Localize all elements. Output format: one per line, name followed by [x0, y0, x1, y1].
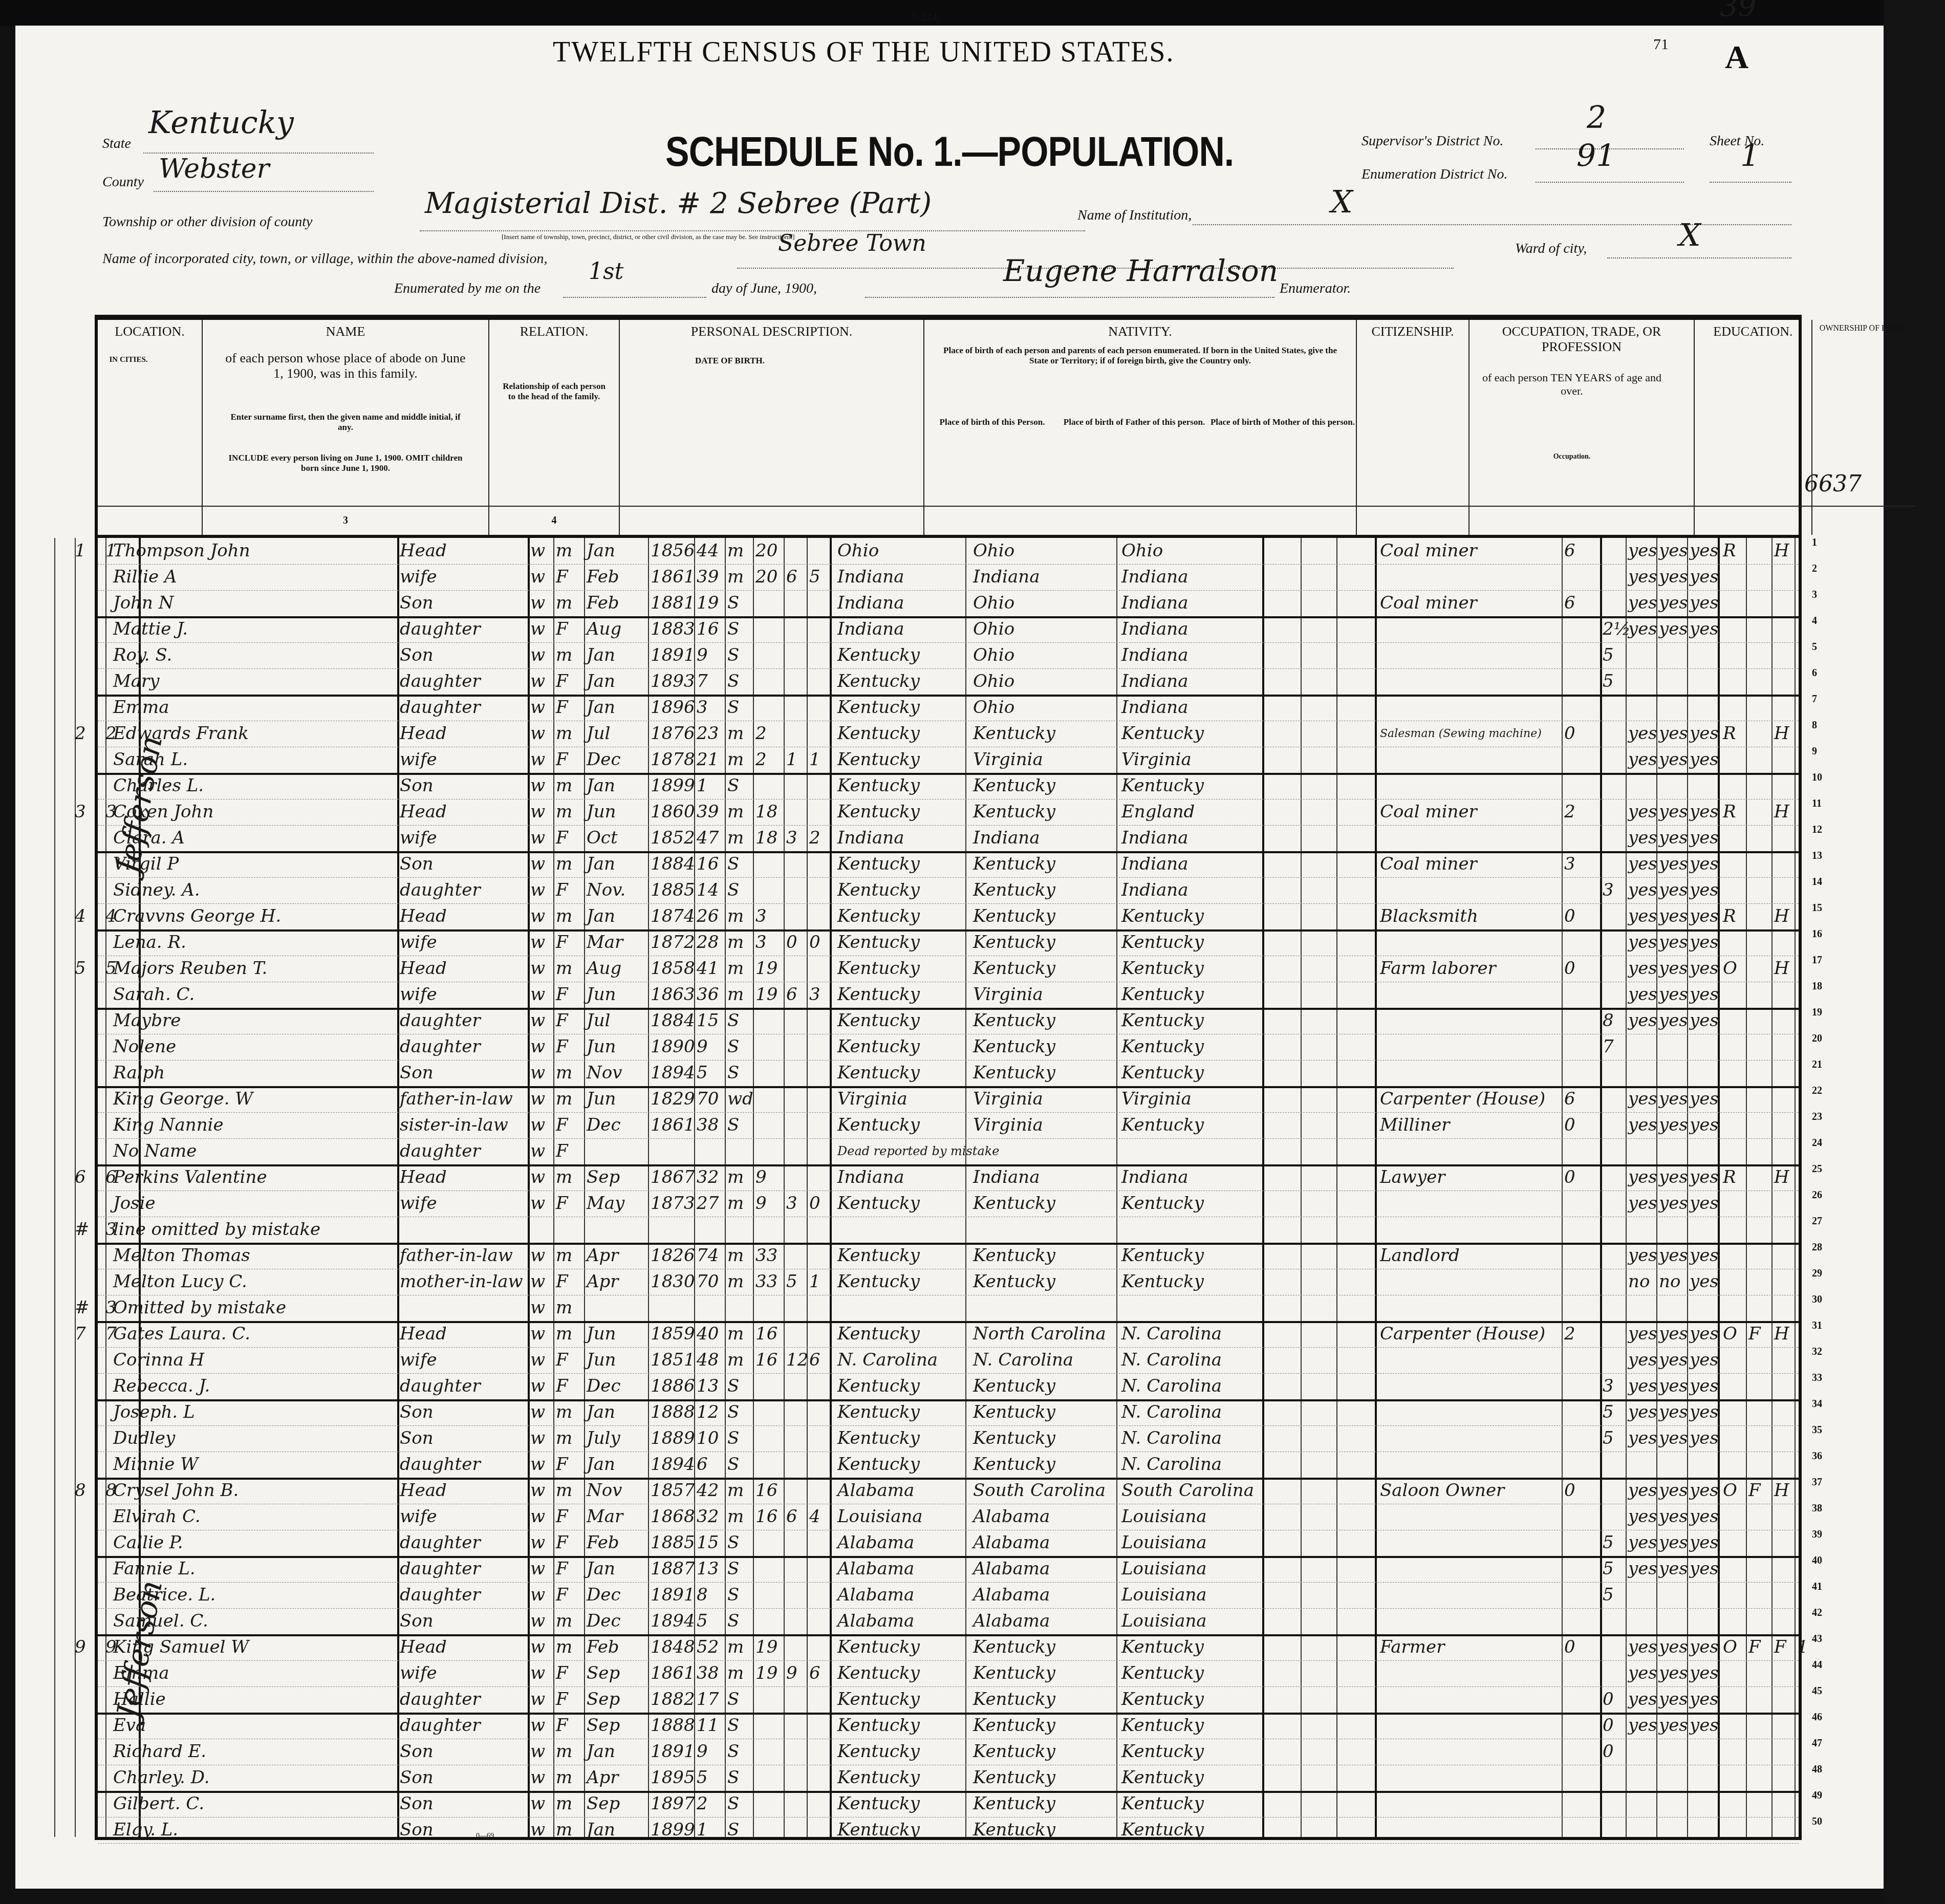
cell-mne: [1564, 1817, 1600, 1843]
cell-race: w: [530, 1713, 553, 1739]
cell-occ: [1380, 1425, 1564, 1452]
line-number: 9: [1812, 746, 1817, 758]
cell-ms: [727, 1138, 755, 1164]
cell-read: yes: [1628, 1321, 1659, 1347]
cell-bp: Kentucky: [837, 1817, 973, 1843]
cell-own: R: [1723, 721, 1748, 747]
cell-bpf: Indiana: [973, 825, 1121, 851]
cell-own: R: [1723, 903, 1748, 929]
cell-sch: [1603, 1504, 1628, 1530]
cell-read: yes: [1628, 564, 1659, 590]
cell-race: w: [530, 1034, 553, 1060]
line-number: 32: [1812, 1346, 1822, 1358]
cell-own: R: [1723, 799, 1748, 825]
cell-ms: [727, 1295, 755, 1321]
cell-ms: S: [727, 877, 755, 903]
cell-bp: Kentucky: [837, 1373, 973, 1399]
cell-occ: [1380, 1008, 1564, 1034]
cell-own: [1723, 695, 1748, 721]
cell-age: [697, 1217, 727, 1243]
cell-cl: [809, 1817, 830, 1843]
cell-bp: Indiana: [837, 616, 973, 642]
cell-mne: 2: [1564, 799, 1600, 825]
cell-mne: 2: [1564, 1321, 1600, 1347]
cell-cl: [809, 1008, 830, 1034]
cell-race: w: [530, 1295, 553, 1321]
cell-sex: F: [556, 1452, 584, 1478]
cell-sex: m: [556, 773, 584, 799]
cell-farm: [1774, 695, 1797, 721]
cell-bpm: [1121, 1295, 1260, 1321]
cell-cl: [809, 1582, 830, 1608]
cell-occ: [1380, 1504, 1564, 1530]
nativity-header: NATIVITY. Place of birth of each person …: [924, 320, 1357, 535]
cell-write: yes: [1659, 1660, 1690, 1686]
supervisor-district-label: Supervisor's District No.: [1361, 133, 1503, 149]
cell-cl: [809, 903, 830, 929]
cell-month: Sep: [587, 1686, 648, 1713]
cell-write: [1659, 1608, 1690, 1634]
line-number: 38: [1812, 1503, 1822, 1514]
cell-occ: [1380, 1347, 1564, 1373]
column-number-4: 4: [489, 506, 619, 535]
cell-age: 41: [697, 956, 727, 982]
cell-read: yes: [1628, 1086, 1659, 1112]
cell-ms: S: [727, 1112, 755, 1138]
cell-read: [1628, 1034, 1659, 1060]
cell-dw: [75, 1243, 105, 1269]
cell-occ: [1380, 1138, 1564, 1164]
cell-bpm: N. Carolina: [1121, 1399, 1260, 1425]
cell-mne: 6: [1564, 538, 1600, 564]
cell-ms: m: [727, 1347, 755, 1373]
cell-bp: Kentucky: [837, 721, 973, 747]
cell-bpm: Virginia: [1121, 1086, 1260, 1112]
line-number: 42: [1812, 1607, 1822, 1619]
cell-eng: [1690, 1791, 1718, 1817]
state-label: State: [102, 136, 131, 152]
cell-mc: 12: [786, 1347, 809, 1373]
cell-cl: [809, 956, 830, 982]
cell-age: 1: [697, 1817, 727, 1843]
cell-name: Crysel John B.: [113, 1478, 395, 1504]
cell-ym: [755, 1138, 786, 1164]
cell-read: yes: [1628, 538, 1659, 564]
cell-free: [1748, 1582, 1774, 1608]
township-value: Magisterial Dist. # 2 Sebree (Part): [425, 187, 932, 220]
cell-own: [1723, 1086, 1748, 1112]
cell-mc: [786, 1008, 809, 1034]
cell-eng: yes: [1690, 1243, 1718, 1269]
cell-eng: yes: [1690, 1686, 1718, 1713]
cell-occ: [1380, 929, 1564, 956]
enumerated-mid: day of June, 1900,: [711, 280, 817, 297]
cell-read: [1628, 1791, 1659, 1817]
cell-free: [1748, 668, 1774, 695]
cell-bpf: Kentucky: [973, 1660, 1121, 1686]
cell-year: [651, 1295, 694, 1321]
cell-dw: [75, 1530, 105, 1556]
cell-rel: Son: [400, 851, 525, 877]
cell-own: [1723, 1034, 1748, 1060]
table-row: Rillie AwifewFFeb186139m2065IndianaIndia…: [98, 564, 1799, 591]
cell-bpm: Kentucky: [1121, 1791, 1260, 1817]
cell-name: line omitted by mistake: [113, 1217, 395, 1243]
location-header: LOCATION. IN CITIES.: [98, 320, 203, 535]
cell-year: 1894: [651, 1452, 694, 1478]
cell-ms: m: [727, 1243, 755, 1269]
cell-dw: [75, 851, 105, 877]
cell-bp: Kentucky: [837, 747, 973, 773]
cell-write: yes: [1659, 1112, 1690, 1138]
cell-read: [1628, 1765, 1659, 1791]
cell-bpf: Alabama: [973, 1608, 1121, 1634]
cell-write: yes: [1659, 721, 1690, 747]
cell-year: 1873: [651, 1191, 694, 1217]
cell-year: 1872: [651, 929, 694, 956]
cell-month: Jan: [587, 1817, 648, 1843]
cell-write: yes: [1659, 1504, 1690, 1530]
cell-farm: [1774, 1060, 1797, 1086]
cell-cl: 3: [809, 982, 830, 1008]
cell-occ: [1380, 1373, 1564, 1399]
cell-own: [1723, 1739, 1748, 1765]
cell-dw: 2: [75, 721, 105, 747]
cell-ym: 33: [755, 1243, 786, 1269]
cell-eng: yes: [1690, 1321, 1718, 1347]
cell-farm: [1774, 1425, 1797, 1452]
cell-write: yes: [1659, 929, 1690, 956]
cell-age: 26: [697, 903, 727, 929]
cell-occ: Coal miner: [1380, 799, 1564, 825]
cell-ym: [755, 1295, 786, 1321]
cell-sex: F: [556, 1138, 584, 1164]
cell-free: [1748, 564, 1774, 590]
cell-cl: [809, 1138, 830, 1164]
cell-farm: [1774, 1713, 1797, 1739]
cell-year: 1885: [651, 1530, 694, 1556]
cell-sch: [1603, 1060, 1628, 1086]
cell-name: Melton Lucy C.: [113, 1269, 395, 1295]
enumerator-name: Eugene Harralson: [1003, 253, 1278, 288]
cell-bp: Ohio: [837, 538, 973, 564]
cell-ms: S: [727, 1791, 755, 1817]
cell-rel: Head: [400, 721, 525, 747]
cell-free: [1748, 1191, 1774, 1217]
cell-bpf: Kentucky: [973, 1269, 1121, 1295]
cell-month: Jun: [587, 1086, 648, 1112]
cell-bpf: Kentucky: [973, 1191, 1121, 1217]
cell-year: 1830: [651, 1269, 694, 1295]
cell-sex: F: [556, 1034, 584, 1060]
cell-mc: [786, 1791, 809, 1817]
cell-bp: Kentucky: [837, 1399, 973, 1425]
cell-dw: [75, 1112, 105, 1138]
cell-own: [1723, 1269, 1748, 1295]
cell-free: [1748, 1425, 1774, 1452]
line-number: 28: [1812, 1242, 1822, 1253]
cell-bpm: N. Carolina: [1121, 1321, 1260, 1347]
cell-race: w: [530, 982, 553, 1008]
citizenship-column-numbers: [1357, 506, 1468, 535]
cell-age: 15: [697, 1008, 727, 1034]
cell-mne: [1564, 1660, 1600, 1686]
cell-mc: [786, 1556, 809, 1582]
cell-name: Virgil P: [113, 851, 395, 877]
cell-occ: [1380, 1060, 1564, 1086]
cell-own: [1723, 616, 1748, 642]
cell-rel: wife: [400, 1347, 525, 1373]
table-row: DudleySonwmJuly188910SKentuckyKentuckyN.…: [98, 1425, 1799, 1452]
cell-mc: [786, 538, 809, 564]
cell-sex: m: [556, 903, 584, 929]
cell-mne: [1564, 1556, 1600, 1582]
cell-year: 1859: [651, 1321, 694, 1347]
cell-sch: [1603, 903, 1628, 929]
cell-age: 5: [697, 1608, 727, 1634]
cell-rel: daughter: [400, 668, 525, 695]
table-row: HalliedaughterwFSep188217SKentuckyKentuc…: [98, 1686, 1799, 1715]
table-row: Clara. AwifewFOct185247m1832IndianaIndia…: [98, 825, 1799, 853]
cell-farm: H: [1774, 903, 1797, 929]
cell-ym: 16: [755, 1478, 786, 1504]
cell-mc: 6: [786, 1504, 809, 1530]
cell-occ: [1380, 1582, 1564, 1608]
cell-ms: m: [727, 1478, 755, 1504]
cell-read: yes: [1628, 1556, 1659, 1582]
cell-name: Nolene: [113, 1034, 395, 1060]
cell-sex: F: [556, 1686, 584, 1713]
cell-eng: yes: [1690, 956, 1718, 982]
cell-own: [1723, 1686, 1748, 1713]
cell-rel: Son: [400, 773, 525, 799]
cell-race: w: [530, 877, 553, 903]
enumeration-district-label: Enumeration District No.: [1361, 166, 1507, 183]
cell-farm: H: [1774, 1478, 1797, 1504]
cell-year: 1889: [651, 1425, 694, 1452]
cell-mc: [786, 903, 809, 929]
occupation-header: OCCUPATION, TRADE, OR PROFESSION of each…: [1469, 320, 1695, 535]
cell-month: Nov: [587, 1060, 648, 1086]
cell-dw: [75, 1817, 105, 1843]
cell-year: 1890: [651, 1034, 694, 1060]
cell-read: yes: [1628, 903, 1659, 929]
cell-name: Charley. D.: [113, 1765, 395, 1791]
cell-sex: F: [556, 1504, 584, 1530]
cell-sex: F: [556, 1191, 584, 1217]
cell-age: 9: [697, 1034, 727, 1060]
cell-write: yes: [1659, 877, 1690, 903]
line-number: 7: [1812, 694, 1817, 705]
cell-name: No Name: [113, 1138, 395, 1164]
cell-sch: [1603, 1634, 1628, 1660]
cell-own: [1723, 825, 1748, 851]
cell-occ: [1380, 1269, 1564, 1295]
cell-farm: [1774, 1112, 1797, 1138]
cell-ym: 3: [755, 903, 786, 929]
cell-own: [1723, 747, 1748, 773]
cell-rel: father-in-law: [400, 1243, 525, 1269]
cell-write: [1659, 1217, 1690, 1243]
cell-eng: [1690, 1582, 1718, 1608]
cell-year: 1861: [651, 564, 694, 590]
cell-farm: [1774, 1295, 1797, 1321]
cell-rel: Son: [400, 1791, 525, 1817]
cell-free: [1748, 1504, 1774, 1530]
cell-occ: [1380, 1765, 1564, 1791]
cell-farm: H: [1774, 721, 1797, 747]
cell-month: Mar: [587, 1504, 648, 1530]
cell-month: Jun: [587, 982, 648, 1008]
cell-bpm: Louisiana: [1121, 1608, 1260, 1634]
cell-sex: m: [556, 538, 584, 564]
cell-cl: [809, 721, 830, 747]
cell-cl: [809, 1373, 830, 1399]
cell-dw: [75, 564, 105, 590]
cell-cl: [809, 1556, 830, 1582]
cell-bp: Kentucky: [837, 1008, 973, 1034]
cell-year: 1886: [651, 1373, 694, 1399]
cell-sex: m: [556, 1478, 584, 1504]
cell-ms: m: [727, 564, 755, 590]
cell-ms: S: [727, 1399, 755, 1425]
cell-mne: 0: [1564, 1164, 1600, 1191]
cell-read: yes: [1628, 1164, 1659, 1191]
cell-ym: [755, 1112, 786, 1138]
cell-sch: 5: [1603, 1425, 1628, 1452]
cell-mne: [1564, 1739, 1600, 1765]
cell-bpf: Kentucky: [973, 773, 1121, 799]
cell-cl: 1: [809, 747, 830, 773]
cell-sch: 2½: [1603, 616, 1628, 642]
cell-ms: S: [727, 1556, 755, 1582]
cell-free: [1748, 1739, 1774, 1765]
cell-eng: [1690, 1060, 1718, 1086]
cell-bpf: Virginia: [973, 1086, 1121, 1112]
cell-bp: Kentucky: [837, 1686, 973, 1713]
cell-bp: Kentucky: [837, 1112, 973, 1138]
cell-race: w: [530, 590, 553, 616]
cell-bpf: Kentucky: [973, 721, 1121, 747]
birthplace-father-label: Place of birth of Father of this person.: [1060, 417, 1208, 427]
cell-occ: [1380, 1791, 1564, 1817]
cell-sex: m: [556, 1739, 584, 1765]
cell-mne: [1564, 564, 1600, 590]
cell-month: [587, 1138, 648, 1164]
cell-farm: [1774, 1243, 1797, 1269]
cell-sch: [1603, 1086, 1628, 1112]
line-number: 43: [1812, 1633, 1822, 1645]
cell-farm: [1774, 1217, 1797, 1243]
cell-rel: wife: [400, 564, 525, 590]
cell-mne: [1564, 1686, 1600, 1713]
table-row: Callie P.daughterwFFeb188515SAlabamaAlab…: [98, 1530, 1799, 1558]
cell-dw: [75, 1791, 105, 1817]
table-row: King George. Wfather-in-lawwmJun182970wd…: [98, 1086, 1799, 1113]
cell-farm: [1774, 564, 1797, 590]
cell-mne: 3: [1564, 851, 1600, 877]
cell-rel: [400, 1295, 525, 1321]
cell-rel: daughter: [400, 1008, 525, 1034]
cell-read: [1628, 1452, 1659, 1478]
line-number: 45: [1812, 1685, 1822, 1697]
cell-farm: [1774, 1008, 1797, 1034]
cell-bp: Kentucky: [837, 1269, 973, 1295]
cell-occ: [1380, 982, 1564, 1008]
cell-sch: 5: [1603, 668, 1628, 695]
cell-name: Fannie L.: [113, 1556, 395, 1582]
cell-write: yes: [1659, 1008, 1690, 1034]
line-number: 44: [1812, 1659, 1822, 1671]
cell-ms: S: [727, 851, 755, 877]
line-number: 48: [1812, 1764, 1822, 1776]
cell-sex: m: [556, 1608, 584, 1634]
table-row: Corinna HwifewFJun185148m16126N. Carolin…: [98, 1347, 1799, 1374]
cell-race: w: [530, 1660, 553, 1686]
line-number: 34: [1812, 1398, 1822, 1410]
cell-age: 16: [697, 851, 727, 877]
cell-read: yes: [1628, 1660, 1659, 1686]
ownership-header: OWNERSHIP OF HOME.: [1812, 320, 1915, 535]
cell-dw: [75, 1008, 105, 1034]
cell-dw: 5: [75, 956, 105, 982]
cell-bpm: Kentucky: [1121, 1034, 1260, 1060]
cell-ms: S: [727, 1034, 755, 1060]
cell-farm: [1774, 1504, 1797, 1530]
cell-rel: daughter: [400, 877, 525, 903]
cell-mne: 0: [1564, 903, 1600, 929]
cell-eng: yes: [1690, 825, 1718, 851]
cell-sch: 5: [1603, 1399, 1628, 1425]
cell-dw: [75, 1582, 105, 1608]
table-row: Rebecca. J.daughterwFDec188613SKentuckyK…: [98, 1373, 1799, 1401]
cell-year: 1894: [651, 1060, 694, 1086]
cell-own: [1723, 851, 1748, 877]
sheet-number-value: 1: [1740, 138, 1760, 174]
cell-bpm: Kentucky: [1121, 1191, 1260, 1217]
cell-occ: Coal miner: [1380, 851, 1564, 877]
cell-farm: [1774, 1034, 1797, 1060]
cell-name: Elvirah C.: [113, 1504, 395, 1530]
cell-cl: 5: [809, 564, 830, 590]
cell-year: 1878: [651, 747, 694, 773]
cell-race: w: [530, 1425, 553, 1452]
cell-bpm: N. Carolina: [1121, 1347, 1260, 1373]
cell-own: [1723, 1138, 1748, 1164]
table-row: Charley. D.SonwmApr18955SKentuckyKentuck…: [98, 1765, 1799, 1793]
cell-sch: 8: [1603, 1008, 1628, 1034]
cell-mc: [786, 1086, 809, 1112]
cell-sex: F: [556, 1269, 584, 1295]
cell-mc: [786, 1217, 809, 1243]
cell-eng: yes: [1690, 721, 1718, 747]
cell-eng: yes: [1690, 747, 1718, 773]
cell-eng: yes: [1690, 1164, 1718, 1191]
column-number-3: 3: [203, 506, 488, 535]
cell-eng: yes: [1690, 1530, 1718, 1556]
cell-read: [1628, 642, 1659, 668]
cell-own: [1723, 877, 1748, 903]
cell-year: 1887: [651, 1556, 694, 1582]
table-row: Sidney. A.daughterwFNov.188514SKentuckyK…: [98, 877, 1799, 904]
cell-free: [1748, 773, 1774, 799]
cell-free: [1748, 747, 1774, 773]
cell-sch: [1603, 1138, 1628, 1164]
cell-dw: #: [75, 1217, 105, 1243]
cell-sex: F: [556, 564, 584, 590]
cell-month: Jun: [587, 1034, 648, 1060]
cell-farm: [1774, 1269, 1797, 1295]
